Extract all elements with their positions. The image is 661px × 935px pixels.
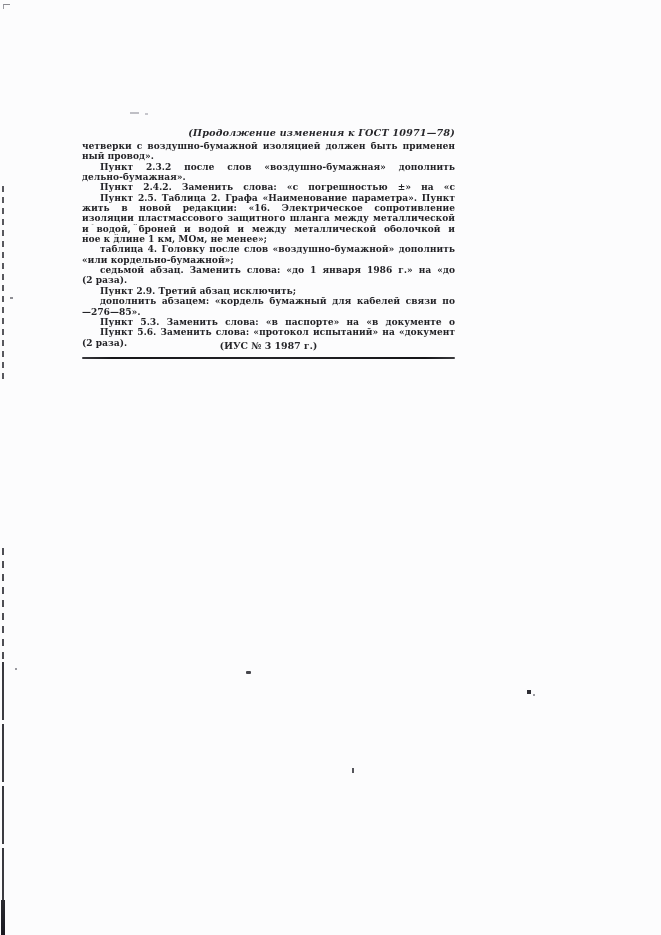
text-line: Пункт 2.9. Третий абзац исключить; (82, 287, 455, 297)
scan-speck (527, 690, 531, 694)
text-line: Пункт 2.4.2. Заменить слова: «с погрешно… (82, 183, 455, 193)
scan-speck (10, 297, 13, 299)
scan-edge-strip-base (1, 900, 5, 935)
text-line: изоляции пластмассового защитного шланга… (82, 214, 455, 224)
text-line: дельно-бумажная». (82, 173, 455, 183)
scan-edge-strip-middle (2, 548, 4, 662)
scan-edge-strip-bottom (2, 662, 4, 902)
scan-speck (15, 668, 17, 670)
scan-faint-dot (145, 113, 148, 115)
text-line: дополнить абзацем: «кордель бумажный для… (82, 297, 455, 307)
text-line: жить в новой редакции: «16. Электрическо… (82, 204, 455, 214)
text-line: и водой, броней и водой и между металлич… (82, 225, 455, 235)
text-line: таблица 4. Головку после слов «воздушно-… (82, 245, 455, 255)
footer-divider (82, 357, 455, 359)
document-body: четверки с воздушно-бумажной изоляцией д… (82, 142, 455, 349)
issue-note: (ИУС № 3 1987 г.) (82, 340, 455, 353)
text-line: Пункт 2.5. Таблица 2. Графа «Наименовани… (82, 194, 455, 204)
text-line: седьмой абзац. Заменить слова: «до 1 янв… (82, 266, 455, 276)
text-line: Пункт 2.3.2 после слов «воздушно-бумажна… (82, 163, 455, 173)
text-line: ный провод». (82, 152, 455, 162)
text-line: Пункт 5.6. Заменить слова: «протокол исп… (82, 328, 455, 338)
text-line: ное к длине 1 км, МОм, не менее»; (82, 235, 455, 245)
text-line: четверки с воздушно-бумажной изоляцией д… (82, 142, 455, 152)
continuation-header: (Продолжение изменения к ГОСТ 10971—78) (82, 127, 455, 140)
text-line: (2 раза). (82, 276, 455, 286)
text-line: Пункт 5.3. Заменить слова: «в паспорте» … (82, 318, 455, 328)
scan-speck (246, 671, 251, 674)
scan-speck (533, 694, 535, 696)
text-line: «или кордельно-бумажной»; (82, 256, 455, 266)
scan-speck (352, 768, 354, 773)
scan-edge-strip-top (2, 186, 4, 382)
scan-corner-mark (3, 4, 10, 9)
scan-faint-dash (130, 112, 139, 114)
scanned-document-page: (Продолжение изменения к ГОСТ 10971—78) … (0, 0, 661, 935)
text-line: —276—85». (82, 308, 455, 318)
